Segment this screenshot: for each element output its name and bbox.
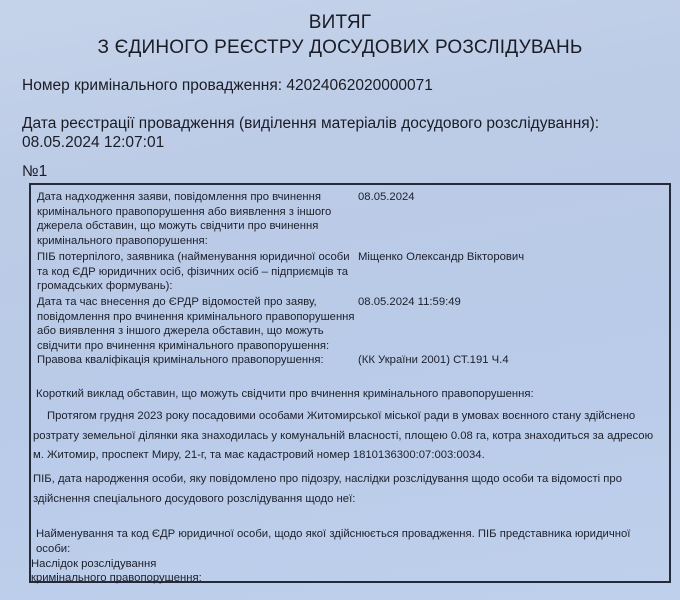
label-erdr-entry-datetime: Дата та час внесення до ЄРДР відомостей …	[37, 295, 357, 353]
value-victim-name: Міщенко Олександр Вікторович	[358, 250, 524, 265]
register-entry-table: Дата надходження заяви, повідомлення про…	[29, 183, 671, 583]
label-legal-qualification: Правова кваліфікація кримінального право…	[37, 353, 357, 368]
label-application-date: Дата надходження заяви, повідомлення про…	[37, 190, 357, 248]
document-subtitle: З ЄДИНОГО РЕЄСТРУ ДОСУДОВИХ РОЗСЛІДУВАНЬ	[0, 37, 680, 59]
registration-date: Дата реєстрації провадження (виділення м…	[22, 114, 662, 152]
value-legal-qualification: (КК України 2001) СТ.191 Ч.4	[358, 353, 509, 368]
value-application-date: 08.05.2024	[358, 190, 415, 205]
label-short-summary: Короткий виклад обставин, що можуть свід…	[36, 387, 656, 402]
label-suspect-info: ПІБ, дата народження особи, яку повідомл…	[33, 470, 663, 509]
label-investigation-result: Наслідок розслідування кримінального пра…	[31, 557, 231, 585]
label-victim-name: ПІБ потерпілого, заявника (найменування …	[37, 250, 357, 294]
case-number: Номер кримінального провадження: 4202406…	[22, 77, 433, 95]
value-erdr-entry-datetime: 08.05.2024 11:59:49	[358, 295, 461, 310]
entry-number: №1	[22, 163, 47, 181]
document-title: ВИТЯГ	[0, 12, 680, 34]
short-summary-text: Протягом грудня 2023 року посадовими осо…	[33, 407, 663, 466]
label-legal-entity: Найменування та код ЄДР юридичної особи,…	[36, 527, 666, 556]
